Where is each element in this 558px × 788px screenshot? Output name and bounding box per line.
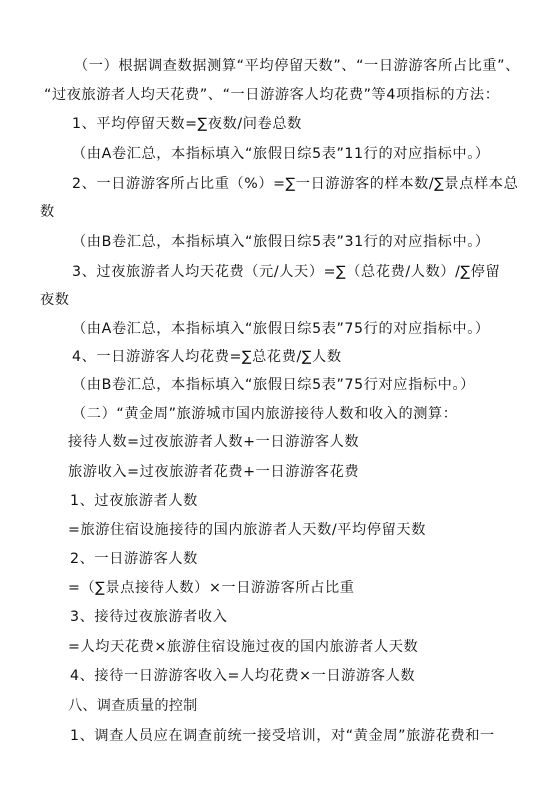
text-line: =（∑景点接待人数）×一日游游客所占比重 <box>68 578 355 598</box>
section-heading: 八、调查质量的控制 <box>68 696 198 716</box>
text-line: 1、平均停留天数=∑夜数/问卷总数 <box>72 114 302 134</box>
text-line: =人均天花费×旅游住宿设施过夜的国内旅游者人天数 <box>68 637 418 657</box>
document-page: （一）根据调查数据测算“平均停留天数”、“一日游游客所占比重”、“过夜旅游者人均… <box>0 0 558 788</box>
text-line: 1、调查人员应在调查前统一接受培训，对“黄金周”旅游花费和一 <box>70 726 495 746</box>
text-line: 2、一日游游客所占比重（%）=∑一日游游客的样本数/∑景点样本总 <box>72 174 518 194</box>
text-line: =旅游住宿设施接待的国内旅游者人天数/平均停留天数 <box>68 520 426 540</box>
text-line: 4、接待一日游游客收入=人均花费×一日游游客人数 <box>70 666 415 686</box>
text-line: “过夜旅游者人均天花费”、“一日游游客人均花费”等4项指标的方法： <box>44 85 499 105</box>
text-line: 数 <box>40 202 55 222</box>
text-line: 夜数 <box>40 290 70 310</box>
text-line: （由B卷汇总，本指标填入“旅假日综5表”75行对应指标中。） <box>72 375 475 395</box>
text-line: （二）“黄金周”旅游城市国内旅游接待人数和收入的测算： <box>72 404 458 424</box>
text-line: 接待人数=过夜旅游者人数+一日游游客人数 <box>68 432 359 452</box>
text-line: （由B卷汇总，本指标填入“旅假日综5表”31行的对应指标中。） <box>72 232 490 252</box>
text-line: 3、过夜旅游者人均天花费（元/人天）=∑（总花费/人数）/∑停留 <box>72 262 500 282</box>
text-line: 3、接待过夜旅游者收入 <box>70 607 228 627</box>
text-line: （由A卷汇总，本指标填入“旅假日综5表”11行的对应指标中。） <box>72 144 490 164</box>
text-line: 4、一日游游客人均花费=∑总花费/∑人数 <box>72 347 342 367</box>
text-line: 1、过夜旅游者人数 <box>70 491 198 511</box>
text-line: （一）根据调查数据测算“平均停留天数”、“一日游游客所占比重”、 <box>74 56 520 76</box>
text-line: 旅游收入=过夜旅游者花费+一日游游客花费 <box>68 462 359 482</box>
text-line: 2、一日游游客人数 <box>70 549 198 569</box>
text-line: （由A卷汇总，本指标填入“旅假日综5表”75行的对应指标中。） <box>72 319 490 339</box>
